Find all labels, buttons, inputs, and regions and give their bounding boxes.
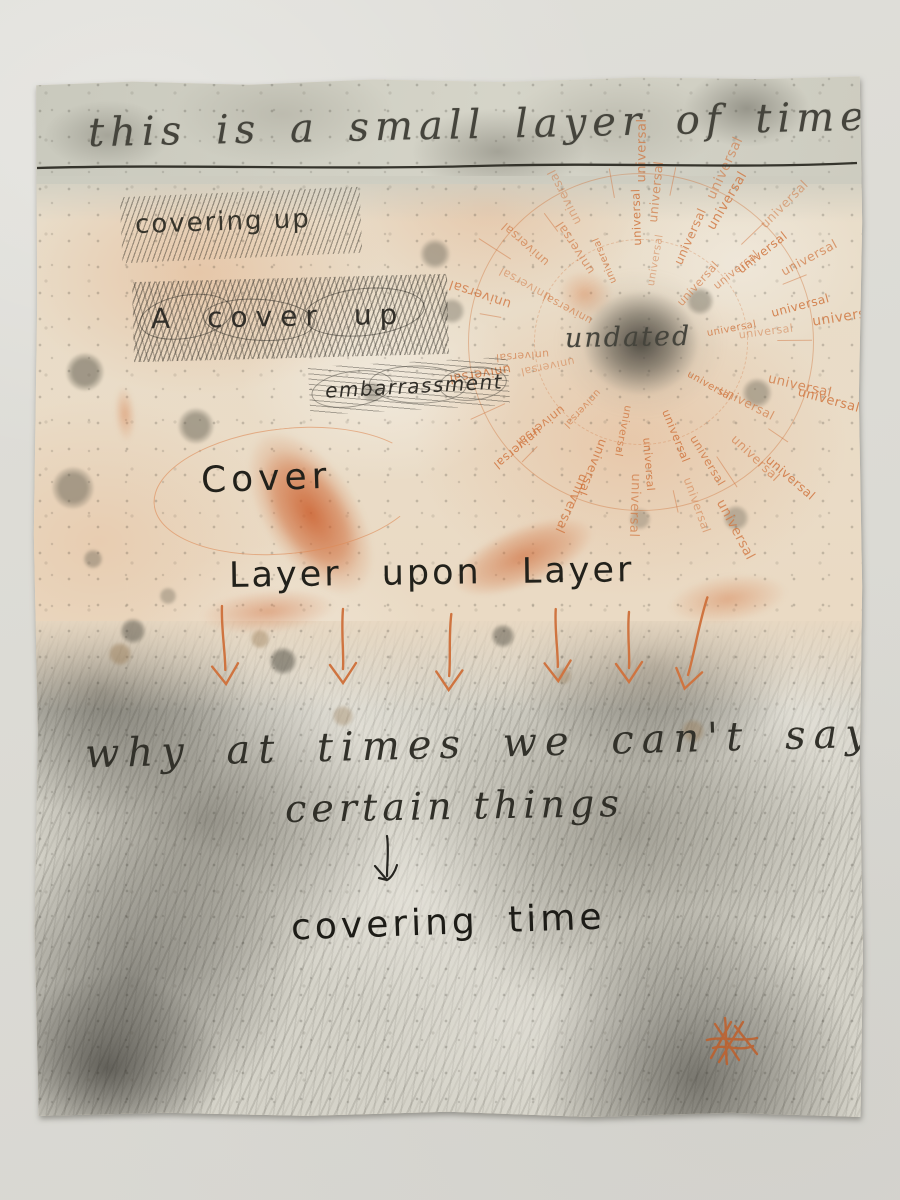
spiral-word: universal <box>659 408 692 465</box>
spiral-word: universal <box>711 248 762 293</box>
title-underline <box>37 160 859 172</box>
spiral-ray-mark <box>572 473 587 508</box>
spiral-word: universal <box>513 403 568 450</box>
orange-down-arrow-icon <box>431 611 470 692</box>
spiral-ray-mark <box>768 428 789 443</box>
hatched-a-cover-up: A cover up <box>151 298 406 335</box>
spiral-word: universal <box>770 291 831 320</box>
black-down-arrow-icon <box>365 834 409 892</box>
why-line-2: certain things <box>285 781 624 831</box>
spiral-word: universal <box>447 276 513 311</box>
spiral-word: universal <box>778 236 840 279</box>
spiral-word: universal <box>645 233 666 287</box>
gray-dot <box>420 239 450 269</box>
spiral-word: universal <box>713 497 758 563</box>
gray-dot <box>66 353 104 391</box>
cover-label: Cover <box>200 456 332 502</box>
spiral-ray-mark <box>716 456 737 487</box>
gray-dot <box>250 629 270 649</box>
spiral-ray-mark <box>672 490 678 513</box>
spiral-word: universal <box>687 433 728 489</box>
spiral-word: universal <box>706 319 757 339</box>
gray-dot <box>83 549 103 569</box>
artist-signature <box>701 1014 767 1074</box>
spiral-word: universal <box>717 383 777 423</box>
spiral-word: universal <box>763 453 818 503</box>
undated-label: undated <box>565 321 692 354</box>
orange-down-arrow-icon <box>325 607 361 685</box>
spiral-word: universal <box>640 437 657 492</box>
spiral-ray-mark <box>479 313 501 318</box>
orange-down-arrow-icon <box>538 606 577 683</box>
gray-dot <box>686 287 714 315</box>
spiral-ray-mark <box>470 403 505 420</box>
spiral-word: universal <box>496 264 553 304</box>
spiral-word: universal <box>540 290 594 327</box>
gray-dot <box>554 667 572 685</box>
spiral-word: universal <box>685 369 734 403</box>
spiral-ray-mark <box>777 340 812 342</box>
spiral-word: universal <box>796 385 861 416</box>
orange-stain <box>110 378 141 450</box>
spiral-word: universal <box>766 371 833 401</box>
why-line-1: why at times we can't say <box>85 711 863 778</box>
spiral-word: universal <box>738 322 794 342</box>
texture-transition-band <box>33 621 863 711</box>
orange-down-arrow-icon <box>611 610 647 684</box>
spiral-ray-mark <box>479 238 511 259</box>
gray-dot <box>108 642 132 666</box>
hatched-covering-up: covering up <box>135 204 312 240</box>
spiral-word: universal <box>757 177 811 231</box>
spiral-word: universal <box>671 206 709 267</box>
gray-dot <box>52 467 94 509</box>
background: { "artwork": { "title_line": "this is a … <box>0 0 900 1200</box>
gray-dot <box>159 587 177 605</box>
title-handwriting: this is a small layer of time <box>88 94 863 156</box>
gray-dot <box>269 647 297 675</box>
spiral-word: universal <box>545 167 584 227</box>
orange-down-arrow-icon <box>204 603 244 687</box>
spiral-ray-mark <box>544 213 559 232</box>
orange-down-arrow-icon <box>667 591 726 695</box>
spiral-word: universal <box>519 355 575 379</box>
gray-dot <box>742 378 772 408</box>
spiral-word: universal <box>553 219 597 277</box>
spiral-word: universal <box>590 236 619 285</box>
artwork-paper: universaluniversaluniversaluniversaluniv… <box>33 76 863 1118</box>
scribbled-embarrassment: embarrassment <box>324 369 503 402</box>
spiral-word: universal <box>491 425 545 473</box>
layer-upon-layer-line: Layer upon Layer <box>229 550 635 596</box>
gray-dot <box>178 408 214 444</box>
orange-stain <box>550 264 620 324</box>
spiral-ray-mark <box>741 222 765 245</box>
spiral-word: universal <box>498 219 551 269</box>
spiral-word: universal <box>811 303 863 329</box>
spiral-word: universal <box>551 471 591 535</box>
spiral-word: universal <box>628 188 644 246</box>
spiral-word: universal <box>561 387 603 430</box>
spiral-word: universal <box>704 169 750 233</box>
spiral-word: universal <box>626 473 643 538</box>
spiral-ray-mark <box>782 274 807 285</box>
orange-stain <box>650 559 807 639</box>
gray-dot <box>120 618 146 644</box>
gray-dot <box>629 508 651 530</box>
spiral-ray-mark <box>609 168 616 198</box>
gray-dot <box>491 624 515 648</box>
spiral-word: universal <box>575 437 610 497</box>
gray-dot <box>439 298 465 324</box>
spiral-word: universal <box>735 229 790 277</box>
spiral-ray-mark <box>521 446 537 463</box>
gray-dot <box>723 505 749 531</box>
covering-time-line: covering time <box>290 897 606 949</box>
spiral-word: universal <box>681 475 714 535</box>
spiral-word: universal <box>612 404 634 458</box>
spiral-word: universal <box>674 259 721 309</box>
spiral-word: universal <box>495 348 549 365</box>
spiral-word: universal <box>728 431 783 484</box>
texture-layer-mid <box>33 172 863 732</box>
